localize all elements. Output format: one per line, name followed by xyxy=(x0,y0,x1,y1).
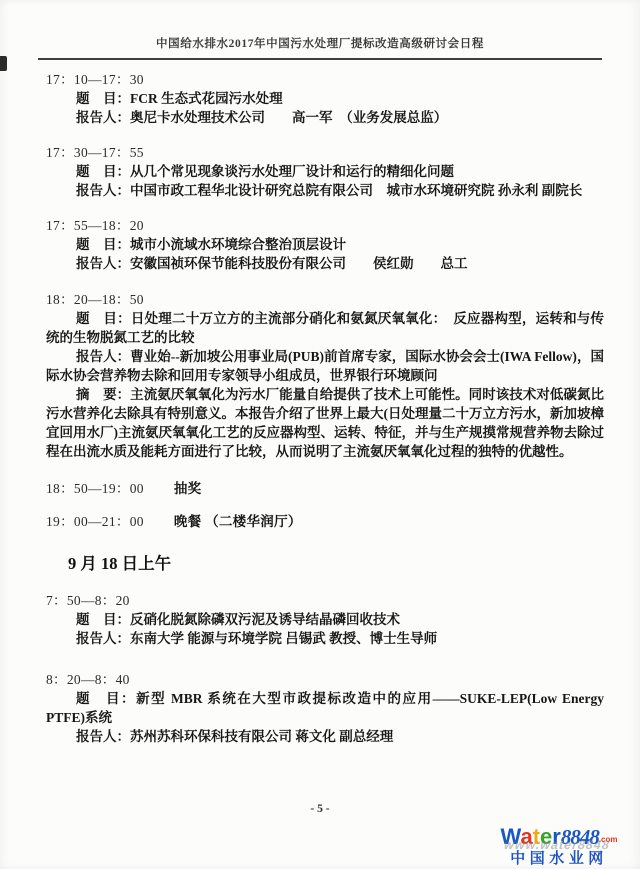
topic-label: 题 目： xyxy=(76,311,131,326)
speaker-label: 报告人： xyxy=(76,183,130,198)
speaker-text: 苏州苏科环保科技有限公司 蒋文化 副总经理 xyxy=(130,729,393,744)
topic-label: 题 目： xyxy=(76,91,130,106)
session-abstract: 摘 要：主流氨厌氧氧化为污水厂能量自给提供了技术上可能性。同时该技术对低碳氮比污… xyxy=(46,385,604,461)
brand-number: 8848 xyxy=(561,825,599,849)
session-time: 8：20—8：40 xyxy=(46,670,604,689)
watermark-brand: Water8848.com xyxy=(484,826,634,848)
session-0750-0820: 7：50—8：20 题 目：反硝化脱氮除磷双污泥及诱导结晶磷回收技术 报告人：东… xyxy=(46,591,604,648)
brand-tld: .com xyxy=(599,835,618,844)
session-time-event: 18：50—19：00抽奖 xyxy=(46,479,604,498)
session-topic: 题 目：日处理二十万立方的主流部分硝化和氨氮厌氧氧化： 反应器构型，运转和与传统… xyxy=(46,309,604,347)
header-rule xyxy=(38,58,602,60)
event-text: 抽奖 xyxy=(174,481,202,496)
session-time: 18：50—19：00 xyxy=(46,481,144,496)
session-time: 18：20—18：50 xyxy=(46,290,604,309)
abstract-text: 主流氨厌氧氧化为污水厂能量自给提供了技术上可能性。同时该技术对低碳氮比污水营养化… xyxy=(46,387,604,459)
speaker-label: 报告人： xyxy=(76,631,130,646)
session-time: 17：10—17：30 xyxy=(46,70,604,89)
day2-section-heading: 9 月 18 日上午 xyxy=(68,553,604,575)
brand-letter-t: t xyxy=(533,824,540,849)
speaker-text: 曹业始--新加坡公用事业局(PUB)前首席专家，国际水协会会士(IWA Fell… xyxy=(46,349,604,383)
event-text: 晚餐 （二楼华润厅） xyxy=(174,514,302,529)
speaker-label: 报告人： xyxy=(76,256,130,271)
brand-letter-w: W xyxy=(500,824,520,849)
schedule-content: 17：10—17：30 题 目：FCR 生态式花园污水处理 报告人：奥尼卡水处理… xyxy=(46,70,604,746)
session-1755-1820: 17：55—18：20 题 目：城市小流域水环境综合整治顶层设计 报告人：安徽国… xyxy=(46,216,604,273)
session-1820-1850: 18：20—18：50 题 目：日处理二十万立方的主流部分硝化和氨氮厌氧氧化： … xyxy=(46,290,604,461)
session-speaker: 报告人：曹业始--新加坡公用事业局(PUB)前首席专家，国际水协会会士(IWA … xyxy=(46,347,604,385)
speaker-label: 报告人： xyxy=(76,729,130,744)
session-time: 7：50—8：20 xyxy=(46,591,604,610)
topic-text: 反硝化脱氮除磷双污泥及诱导结晶磷回收技术 xyxy=(130,612,400,627)
speaker-text: 东南大学 能源与环境学院 吕锡武 教授、博士生导师 xyxy=(130,631,437,646)
speaker-text: 奥尼卡水处理技术公司 高一军 （业务发展总监） xyxy=(130,110,447,125)
document-page: 中国给水排水2017年中国污水处理厂提标改造高级研讨会日程 17：10—17：3… xyxy=(0,0,640,869)
session-1900-2100: 19：00—21：00晚餐 （二楼华润厅） xyxy=(46,512,604,531)
session-topic: 题 目：FCR 生态式花园污水处理 xyxy=(46,89,604,108)
speaker-text: 安徽国祯环保节能科技股份有限公司 侯红勋 总工 xyxy=(130,256,468,271)
session-time-event: 19：00—21：00晚餐 （二楼华润厅） xyxy=(46,512,604,531)
session-topic: 题 目：从几个常见现象谈污水处理厂设计和运行的精细化问题 xyxy=(46,162,604,181)
topic-text: FCR 生态式花园污水处理 xyxy=(130,91,283,106)
session-speaker: 报告人：东南大学 能源与环境学院 吕锡武 教授、博士生导师 xyxy=(46,629,604,648)
session-speaker: 报告人：苏州苏科环保科技有限公司 蒋文化 副总经理 xyxy=(46,727,604,746)
watermark-cn-name: 中国水业网 xyxy=(484,851,634,866)
watermark-logo: Water8848.com www.water8848 中国水业网 xyxy=(484,826,634,866)
topic-label: 题 目： xyxy=(76,164,130,179)
session-0820-0840: 8：20—8：40 题 目：新型 MBR 系统在大型市政提标改造中的应用——SU… xyxy=(46,670,604,746)
session-topic: 题 目：城市小流域水环境综合整治顶层设计 xyxy=(46,235,604,254)
page-number: - 5 - xyxy=(0,803,640,815)
session-speaker: 报告人：中国市政工程华北设计研究总院有限公司 城市水环境研究院 孙永利 副院长 xyxy=(46,181,604,200)
session-topic: 题 目：新型 MBR 系统在大型市政提标改造中的应用——SUKE-LEP(Low… xyxy=(46,689,604,727)
speaker-label: 报告人： xyxy=(76,349,130,364)
session-time: 17：30—17：55 xyxy=(46,143,604,162)
topic-text: 从几个常见现象谈污水处理厂设计和运行的精细化问题 xyxy=(130,164,454,179)
topic-label: 题 目： xyxy=(76,237,130,252)
page-header: 中国给水排水2017年中国污水处理厂提标改造高级研讨会日程 xyxy=(0,0,640,60)
abstract-label: 摘 要： xyxy=(76,387,130,402)
session-1850-1900: 18：50—19：00抽奖 xyxy=(46,479,604,498)
session-topic: 题 目：反硝化脱氮除磷双污泥及诱导结晶磷回收技术 xyxy=(46,610,604,629)
session-speaker: 报告人：安徽国祯环保节能科技股份有限公司 侯红勋 总工 xyxy=(46,254,604,273)
topic-label: 题 目： xyxy=(76,691,136,706)
session-speaker: 报告人：奥尼卡水处理技术公司 高一军 （业务发展总监） xyxy=(46,108,604,127)
session-time: 17：55—18：20 xyxy=(46,216,604,235)
session-time: 19：00—21：00 xyxy=(46,514,144,529)
document-header-title: 中国给水排水2017年中国污水处理厂提标改造高级研讨会日程 xyxy=(0,0,640,51)
scan-artifact xyxy=(0,56,7,71)
speaker-text: 中国市政工程华北设计研究总院有限公司 城市水环境研究院 孙永利 副院长 xyxy=(130,183,582,198)
brand-letter-e: e xyxy=(540,824,552,849)
session-1710-1730: 17：10—17：30 题 目：FCR 生态式花园污水处理 报告人：奥尼卡水处理… xyxy=(46,70,604,127)
topic-text: 城市小流域水环境综合整治顶层设计 xyxy=(130,237,346,252)
brand-letter-r: r xyxy=(552,824,561,849)
topic-label: 题 目： xyxy=(76,612,130,627)
brand-letter-a: a xyxy=(520,824,532,849)
session-1730-1755: 17：30—17：55 题 目：从几个常见现象谈污水处理厂设计和运行的精细化问题… xyxy=(46,143,604,200)
speaker-label: 报告人： xyxy=(76,110,130,125)
